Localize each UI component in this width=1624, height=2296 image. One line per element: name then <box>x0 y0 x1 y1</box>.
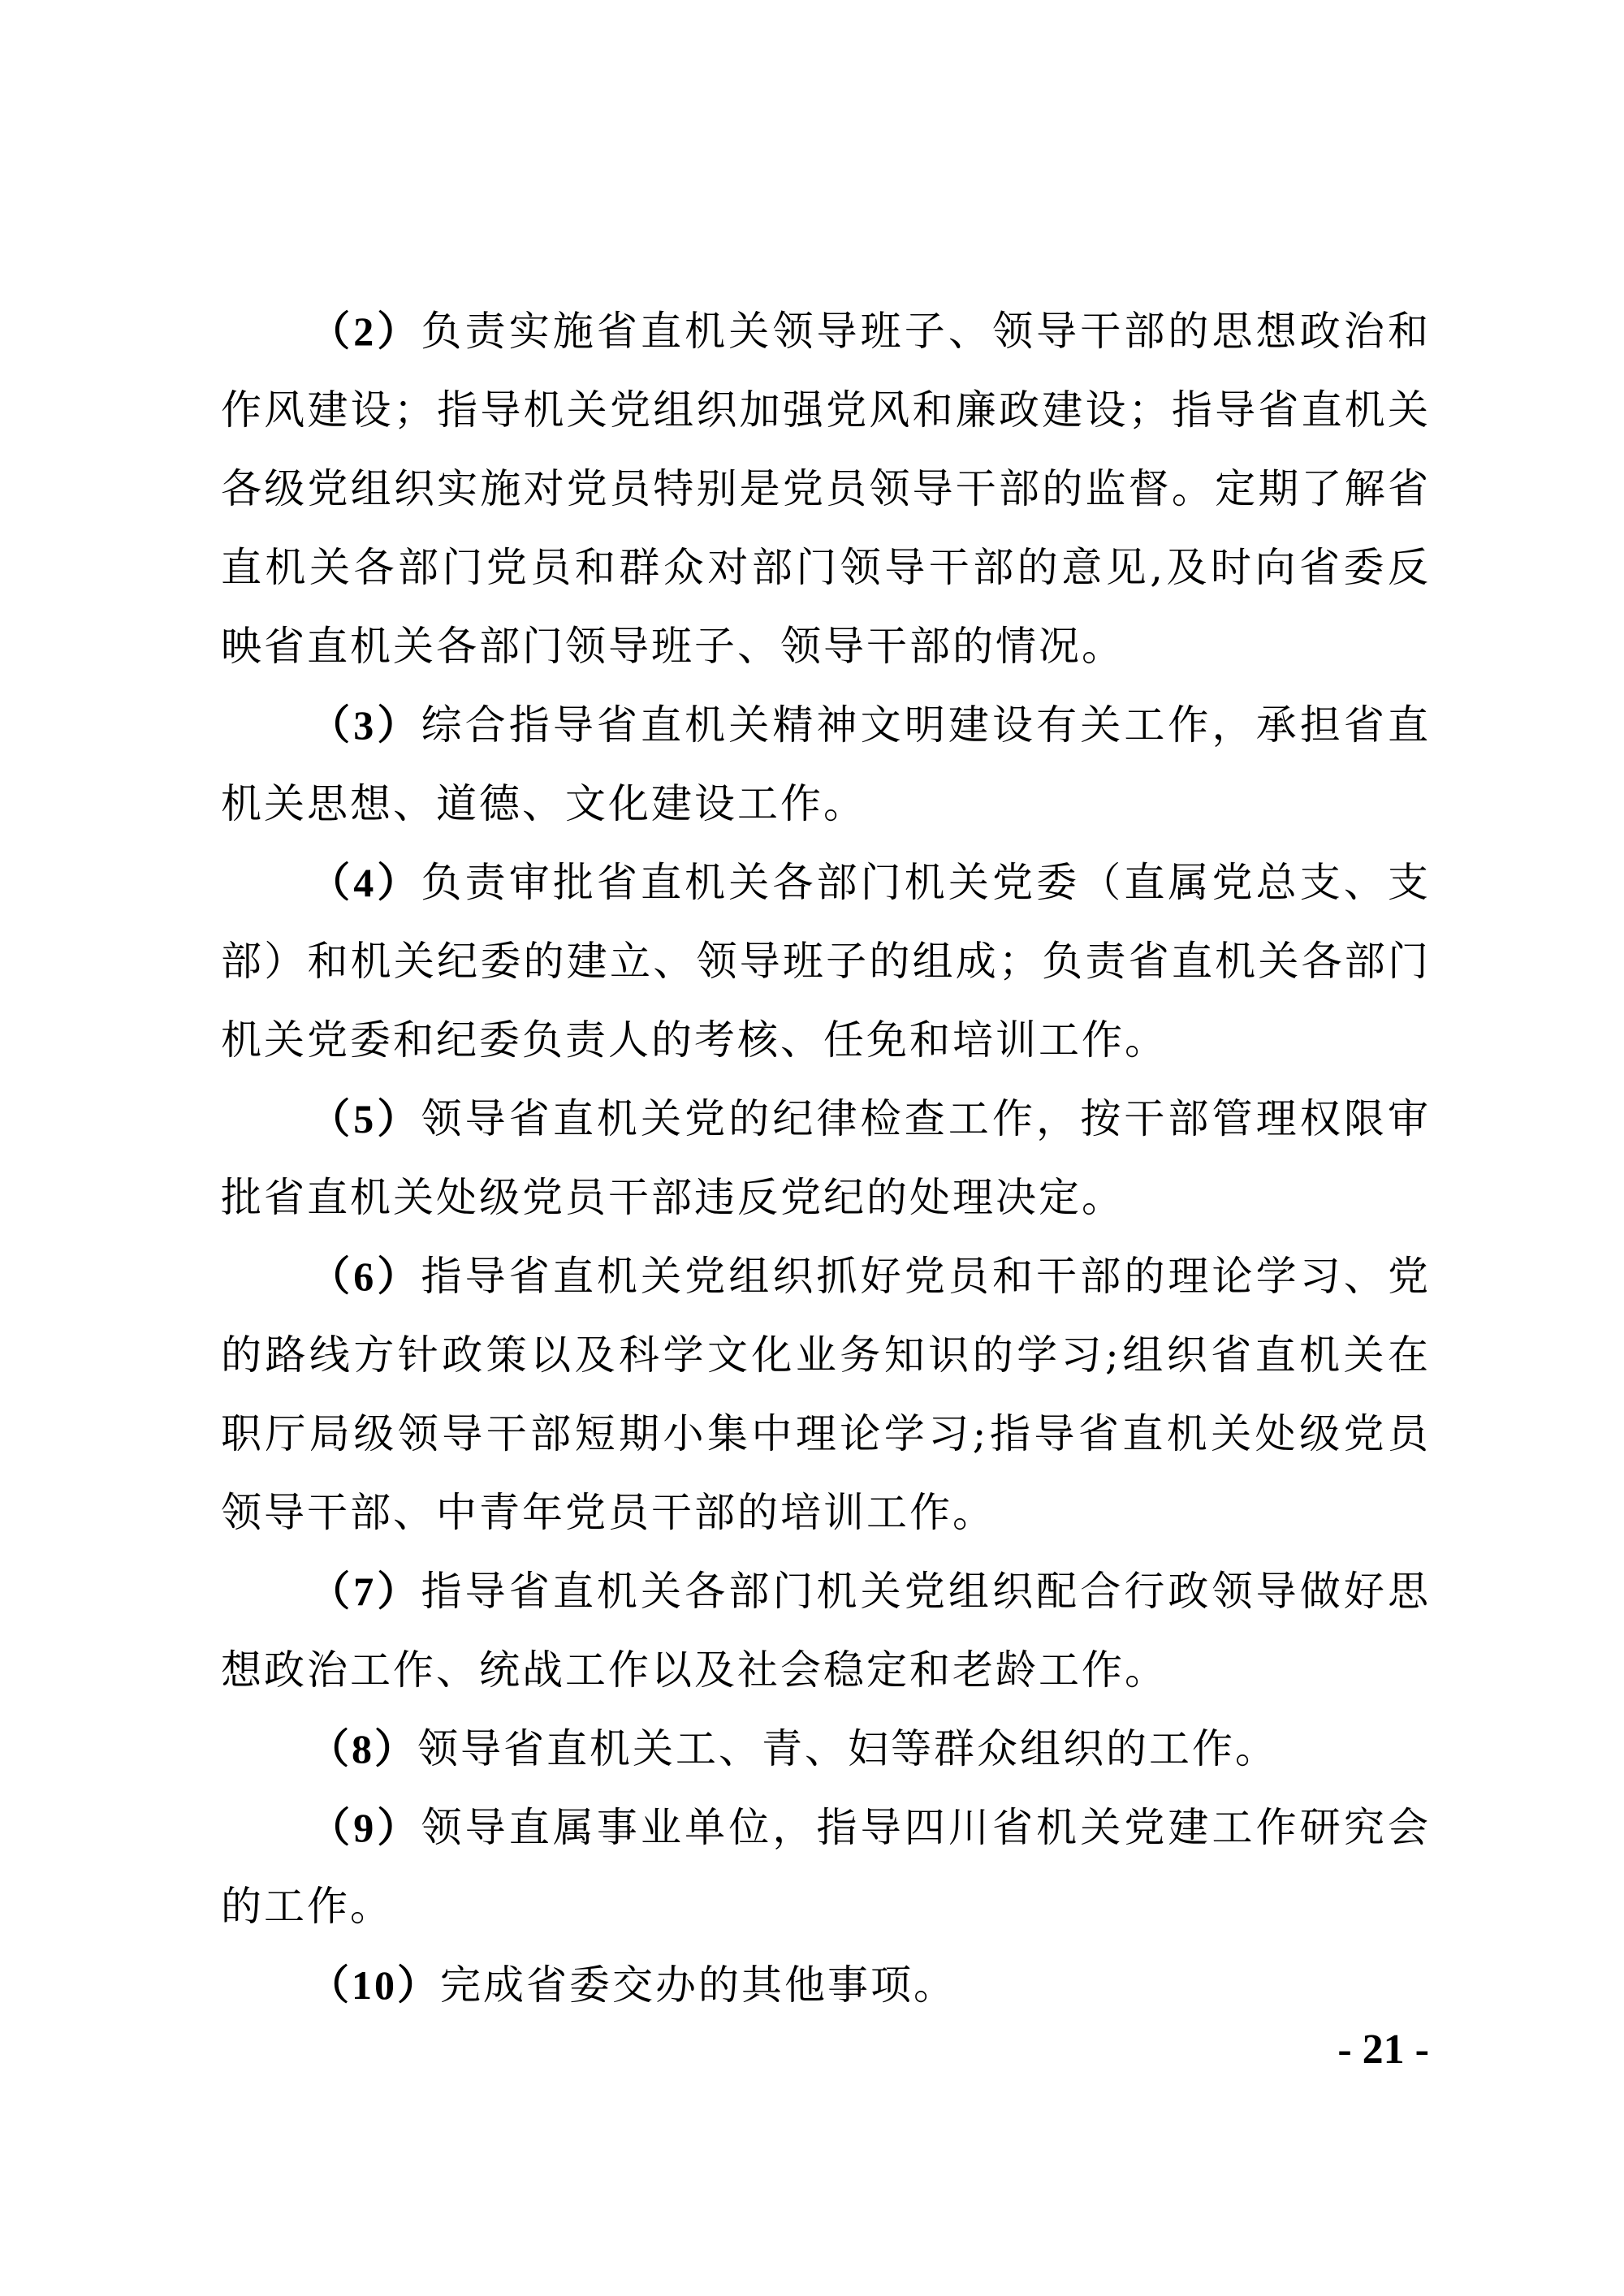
paragraph-item-4: （4）负责审批省直机关各部门机关党委（直属党总支、支部）和机关纪委的建立、领导班… <box>221 844 1431 1080</box>
page-number: - 21 - <box>1337 2026 1429 2074</box>
paragraph-item-5: （5）领导省直机关党的纪律检查工作，按干部管理权限审批省直机关处级党员干部违反党… <box>221 1080 1431 1237</box>
document-page: （2）负责实施省直机关领导班子、领导干部的思想政治和作风建设；指导机关党组织加强… <box>0 0 1624 2296</box>
paragraph-item-7: （7）指导省直机关各部门机关党组织配合行政领导做好思想政治工作、统战工作以及社会… <box>221 1552 1431 1710</box>
item-number: （6） <box>309 1254 421 1299</box>
item-number: （2） <box>309 309 421 354</box>
paragraph-item-3: （3）综合指导省直机关精神文明建设有关工作，承担省直机关思想、道德、文化建设工作… <box>221 686 1431 844</box>
item-text: 完成省委交办的其他事项。 <box>440 1962 957 2009</box>
item-text: 负责实施省直机关领导班子、领导干部的思想政治和作风建设；指导机关党组织加强党风和… <box>221 308 1431 670</box>
document-body: （2）负责实施省直机关领导班子、领导干部的思想政治和作风建设；指导机关党组织加强… <box>221 292 1431 2025</box>
paragraph-item-10: （10）完成省委交办的其他事项。 <box>221 1946 1431 2025</box>
item-number: （5） <box>309 1096 421 1142</box>
item-number: （8） <box>309 1726 417 1772</box>
paragraph-item-8: （8）领导省直机关工、青、妇等群众组织的工作。 <box>221 1710 1431 1789</box>
item-number: （7） <box>309 1569 421 1614</box>
item-number: （9） <box>309 1805 421 1850</box>
item-number: （10） <box>309 1962 440 2008</box>
item-number: （4） <box>309 860 421 905</box>
paragraph-item-6: （6）指导省直机关党组织抓好党员和干部的理论学习、党的路线方针政策以及科学文化业… <box>221 1237 1431 1552</box>
item-number: （3） <box>309 702 421 748</box>
item-text: 领导省直机关工、青、妇等群众组织的工作。 <box>417 1725 1278 1772</box>
paragraph-item-2: （2）负责实施省直机关领导班子、领导干部的思想政治和作风建设；指导机关党组织加强… <box>221 292 1431 686</box>
paragraph-item-9: （9）领导直属事业单位，指导四川省机关党建工作研究会的工作。 <box>221 1789 1431 1946</box>
